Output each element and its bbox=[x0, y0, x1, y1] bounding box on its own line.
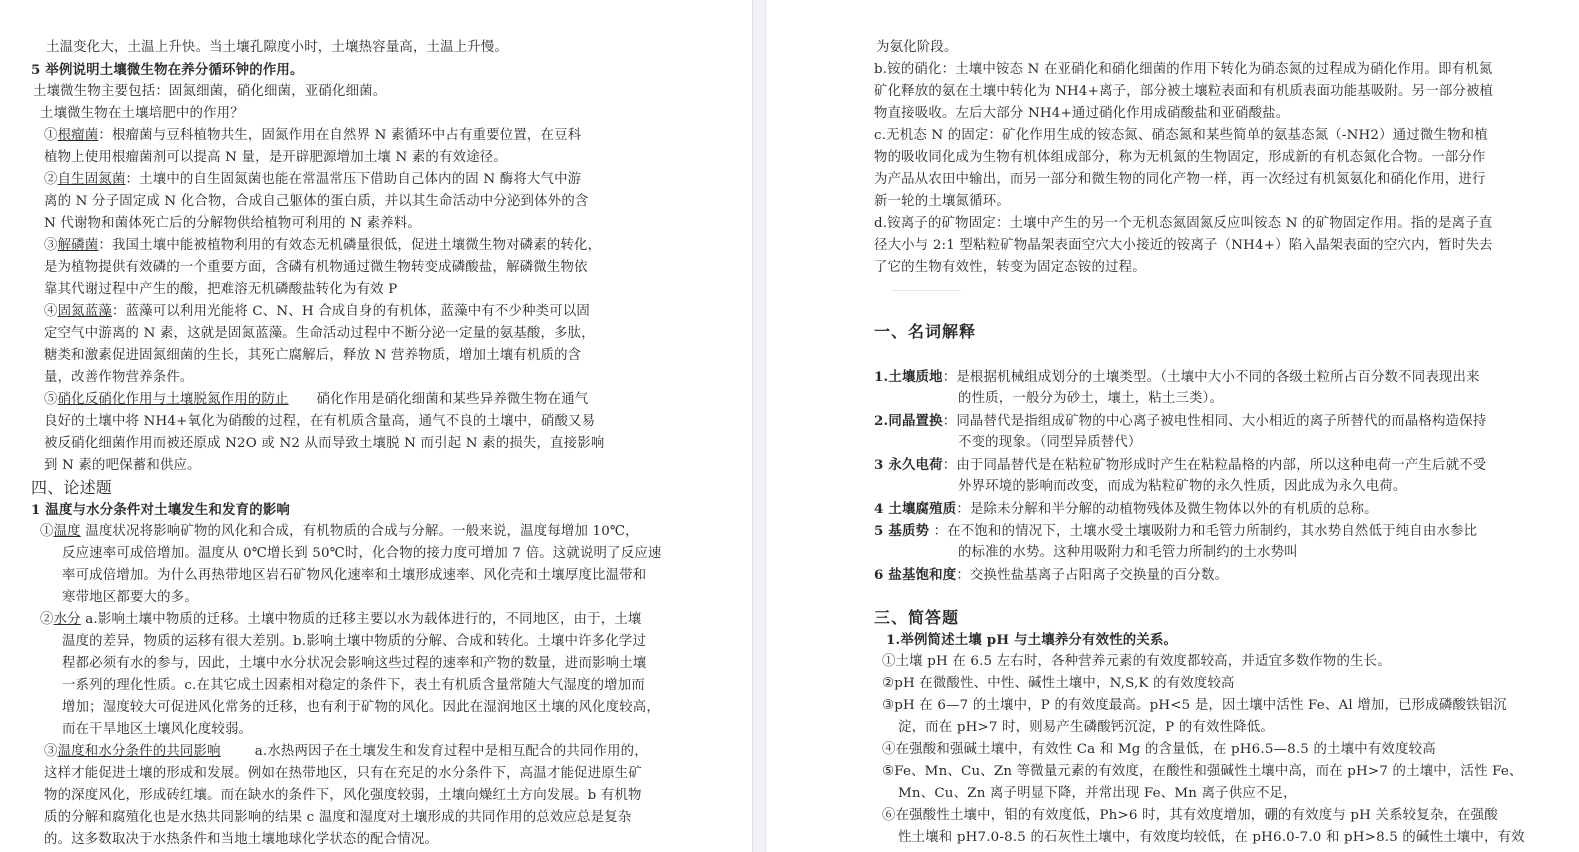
paragraph-line: 良好的土壤中将 NH4+氧化为硝酸的过程，在有机质含量高，通气不良的土壤中，硝酸… bbox=[44, 411, 595, 433]
paragraph-line: 温度的差异，物质的运移有很大差别。b.影响土壤中物质的分解、合成和转化。土壤中许… bbox=[62, 631, 646, 653]
definition-permanent-charge: 3 永久电荷：由于同晶替代是在粘粒矿物形成时产生在粘粒晶格的内部，所以这种电荷一… bbox=[874, 454, 1486, 477]
document-page-left: 土温变化大，土温上升快。当土壤孔隙度小时，土壤热容量高，土温上升慢。 5 举例说… bbox=[0, 0, 752, 852]
paragraph-line: 是为植物提供有效磷的一个重要方面，含磷有机物通过微生物转变成磷酸盐，解磷微生物依 bbox=[44, 257, 588, 279]
list-item: ②pH 在微酸性、中性、碱性土壤中，N,S,K 的有效度较高 bbox=[882, 673, 1235, 695]
paragraph-line: 为氨化阶段。 bbox=[876, 37, 958, 59]
paragraph-line: 而在干旱地区土壤风化度较弱。 bbox=[62, 719, 252, 741]
paragraph-line: 物直接吸收。左后大部分 NH4+通过硝化作用成硝酸盐和亚硝酸盐。 bbox=[874, 103, 1289, 125]
faint-mark bbox=[891, 290, 961, 291]
paragraph-line: 程都必须有水的参与，因此，土壤中水分状况会影响这些过程的速率和产物的数量，进而影… bbox=[62, 653, 646, 675]
paragraph-line: 糖类和激素促进固氮细菌的生长，其死亡腐解后，释放 N 营养物质，增加土壤有机质的… bbox=[44, 345, 581, 367]
paragraph-line: 矿化释放的氨在土壤中转化为 NH4+离子，部分被土壤粒表面和有机质表面功能基吸附… bbox=[874, 81, 1493, 103]
item-marker: ① bbox=[44, 128, 58, 143]
list-item-nitrogen-fixing-cyanobacteria: ④固氮蓝藻：蓝藻可以利用光能将 C、N、H 合成自身的有机体，蓝藻中有不少种类可… bbox=[44, 301, 590, 323]
paragraph-line: 率可成倍增加。为什么再热带地区岩石矿物风化速率和土壤形成速率、风化壳和土壤厚度比… bbox=[62, 565, 646, 587]
paragraph-line: 不变的现象。（同型异质替代） bbox=[958, 432, 1142, 454]
definition-matric-potential: 5 基质势 ：在不饱和的情况下，土壤水受土壤吸附力和毛管力所制约，其水势自然低于… bbox=[874, 520, 1477, 543]
list-item: ⑤Fe、Mn、Cu、Zn 等微量元素的有效度，在酸性和强碱性土壤中高，而在 pH… bbox=[882, 761, 1523, 783]
paragraph-line: 土温变化大，土温上升快。当土壤孔隙度小时，土壤热容量高，土温上升慢。 bbox=[46, 37, 508, 59]
paragraph-line: 一系列的理化性质。c.在其它成土因素相对稳定的条件下，表土有机质含量常随大气湿度… bbox=[62, 675, 645, 697]
question-title: 5 举例说明土壤微生物在养分循环钟的作用。 bbox=[31, 59, 304, 81]
list-item-moisture: ②水分 a.影响土壤中物质的迁移。土壤中物质的迁移主要以水为载体进行的，不同地区… bbox=[40, 609, 642, 631]
paragraph-line: 的性质，一般分为砂土，壤土，粘土三类）。 bbox=[958, 388, 1223, 410]
list-item-nitrification-denitrification: ⑤硝化反硝化作用与土壤脱氮作用的防止硝化作用是硝化细菌和某些异养微生物在通气 bbox=[44, 389, 588, 411]
list-item-phosphate-solubilizers: ③解磷菌：我国土壤中能被植物利用的有效态无机磷量很低，促进土壤微生物对磷素的转化… bbox=[44, 235, 601, 257]
paragraph-line: 靠其代谢过程中产生的酸，把难溶无机磷酸盐转化为有效 P bbox=[44, 279, 397, 301]
definition-humus: 4 土壤腐殖质：是除未分解和半分解的动植物残体及微生物体以外的有机质的总称。 bbox=[874, 498, 1378, 521]
definition-isomorphous-substitution: 2.同晶置换：同晶替代是指组成矿物的中心离子被电性相同、大小相近的离子所替代的而… bbox=[874, 410, 1486, 433]
paragraph-line: 为产品从农田中输出，而另一部分和微生物的同化产物一样，再一次经过有机氮氨化和硝化… bbox=[874, 169, 1486, 191]
page-gutter bbox=[752, 0, 766, 852]
paragraph-line: 植物上使用根瘤菌剂可以提高 N 量，是开辟肥源增加土壤 N 素的有效途径。 bbox=[44, 147, 507, 169]
paragraph-line: d.铵离子的矿物固定：土壤中产生的另一个无机态氮固氮反应叫铵态 N 的矿物固定作… bbox=[874, 213, 1492, 235]
paragraph-line: 的。这多数取决于水热条件和当地土壤地球化学状态的配合情况。 bbox=[44, 829, 438, 851]
paragraph-line: 外界环境的影响而改变，而成为粘粒矿物的永久性质，因此成为永久电荷。 bbox=[958, 476, 1407, 498]
question-title: 1.举例简述土壤 pH 与土壤养分有效性的关系。 bbox=[886, 629, 1177, 651]
paragraph-line: 离的 N 分子固定成 N 化合物，合成自己躯体的蛋白质，并以其生命活动中分泌到体… bbox=[44, 191, 589, 213]
paragraph-line: b.铵的硝化：土壤中铵态 N 在亚硝化和硝化细菌的作用下转化为硝态氮的过程成为硝… bbox=[874, 59, 1492, 81]
paragraph-line: 性土壤和 pH7.0-8.5 的石灰性土壤中，有效度均较低，在 pH6.0-7.… bbox=[898, 827, 1525, 849]
list-item: ④在强酸和强碱土壤中，有效性 Ca 和 Mg 的含量低，在 pH6.5—8.5 … bbox=[882, 739, 1436, 761]
item-term: 根瘤菌 bbox=[58, 128, 99, 143]
list-item: ①土壤 pH 在 6.5 左右时，各种营养元素的有效度都较高，并适宜多数作物的生… bbox=[882, 651, 1391, 673]
paragraph-line: 径大小与 2:1 型粘粒矿物晶架表面空穴大小接近的铵离子（NH4+）陷入晶架表面… bbox=[874, 235, 1493, 257]
list-item: ③pH 在 6—7 的土壤中，P 的有效度最高。pH<5 是，因土壤中活性 Fe… bbox=[882, 695, 1507, 717]
paragraph-line: 定空气中游离的 N 素，这就是固氮蓝藻。生命活动过程中不断分泌一定量的氨基酸，多… bbox=[44, 323, 595, 345]
paragraph-line: 物的吸收同化成为生物有机体组成部分，称为无机氮的生物固定，形成新的有机态氮化合物… bbox=[874, 147, 1486, 169]
paragraph-line: 土壤微生物在土壤培肥中的作用？ bbox=[40, 103, 244, 125]
paragraph-line: 了它的生物有效性，转变为固定态铵的过程。 bbox=[874, 257, 1146, 279]
definition-base-saturation: 6 盐基饱和度：交换性盐基离子占阳离子交换量的百分数。 bbox=[874, 564, 1228, 587]
paragraph-line: 增加；湿度较大可促进风化常务的迁移，也有利于矿物的风化。因此在湿润地区土壤的风化… bbox=[62, 697, 660, 719]
paragraph-line: 反应速率可成倍增加。温度从 0℃增长到 50℃时，化合物的接力度可增加 7 倍。… bbox=[62, 543, 662, 565]
paragraph-line: 淀，而在 pH>7 时，则易产生磷酸钙沉淀，P 的有效性降低。 bbox=[898, 717, 1274, 739]
paragraph-line: 物的深度风化，形成砖红壤。而在缺水的条件下，风化强度较弱，土壤向燥红土方向发展。… bbox=[44, 785, 642, 807]
paragraph-line: 质的分解和腐殖化也是水热共同影响的结果 c 温度和湿度对土壤形成的共同作用的总效… bbox=[44, 807, 631, 829]
paragraph-line: 量，改善作物营养条件。 bbox=[44, 367, 194, 389]
section-heading: 四、论述题 bbox=[31, 477, 112, 499]
paragraph-line: 土壤微生物主要包括：固氮细菌，硝化细菌，亚硝化细菌。 bbox=[33, 81, 386, 103]
paragraph-line: Mn、Cu、Zn 离子明显下降，并常出现 Fe、Mn 离子供应不足， bbox=[898, 783, 1297, 805]
paragraph-line: c.无机态 N 的固定：矿化作用生成的铵态氮、硝态氮和某些简单的氨基态氮（-NH… bbox=[874, 125, 1488, 147]
paragraph-line: 的标准的水势。这种用吸附力和毛管力所制约的土水势叫 bbox=[958, 542, 1298, 564]
paragraph-line: 寒带地区都要大的多。 bbox=[62, 587, 198, 609]
paragraph-line: 这样才能促进土壤的形成和发展。例如在热带地区，只有在充足的水分条件下，高温才能促… bbox=[44, 763, 642, 785]
list-item-combined-effect: ③温度和水分条件的共同影响a.水热两因子在土壤发生和发育过程中是相互配合的共同作… bbox=[44, 741, 648, 763]
list-item-temperature: ①温度 温度状况将影响矿物的风化和合成，有机物质的合成与分解。一般来说，温度每增… bbox=[40, 521, 639, 543]
section-heading: 一、名词解释 bbox=[874, 321, 976, 343]
paragraph-line: 到 N 素的吧保蓄和供应。 bbox=[44, 455, 201, 477]
document-page-right: 为氨化阶段。 b.铵的硝化：土壤中铵态 N 在亚硝化和硝化细菌的作用下转化为硝态… bbox=[766, 0, 1579, 852]
question-title: 1 温度与水分条件对土壤发生和发育的影响 bbox=[31, 499, 290, 521]
paragraph-line: 新一轮的土壤氮循环。 bbox=[874, 191, 1010, 213]
section-heading: 三、简答题 bbox=[874, 607, 959, 629]
list-item: ⑥在强酸性土壤中，钼的有效度低，Ph>6 时，其有效度增加，硼的有效度与 pH … bbox=[882, 805, 1498, 827]
definition-soil-texture: 1.土壤质地：是根据机械组成划分的土壤类型。（土壤中大小不同的各级土粒所占百分数… bbox=[874, 366, 1480, 389]
list-item-root-nodule-bacteria: ①根瘤菌：根瘤菌与豆科植物共生，固氮作用在自然界 N 素循环中占有重要位置，在豆… bbox=[44, 125, 581, 147]
list-item-free-living-nitrogen-fixers: ②自生固氮菌：土壤中的自生固氮菌也能在常温常压下借助自己体内的固 N 酶将大气中… bbox=[44, 169, 581, 191]
paragraph-line: N 代谢物和菌体死亡后的分解物供给植物可利用的 N 素养料。 bbox=[44, 213, 421, 235]
paragraph-line: 被反硝化细菌作用而被还原成 N2O 或 N2 从而导致土壤脱 N 而引起 N 素… bbox=[44, 433, 604, 455]
